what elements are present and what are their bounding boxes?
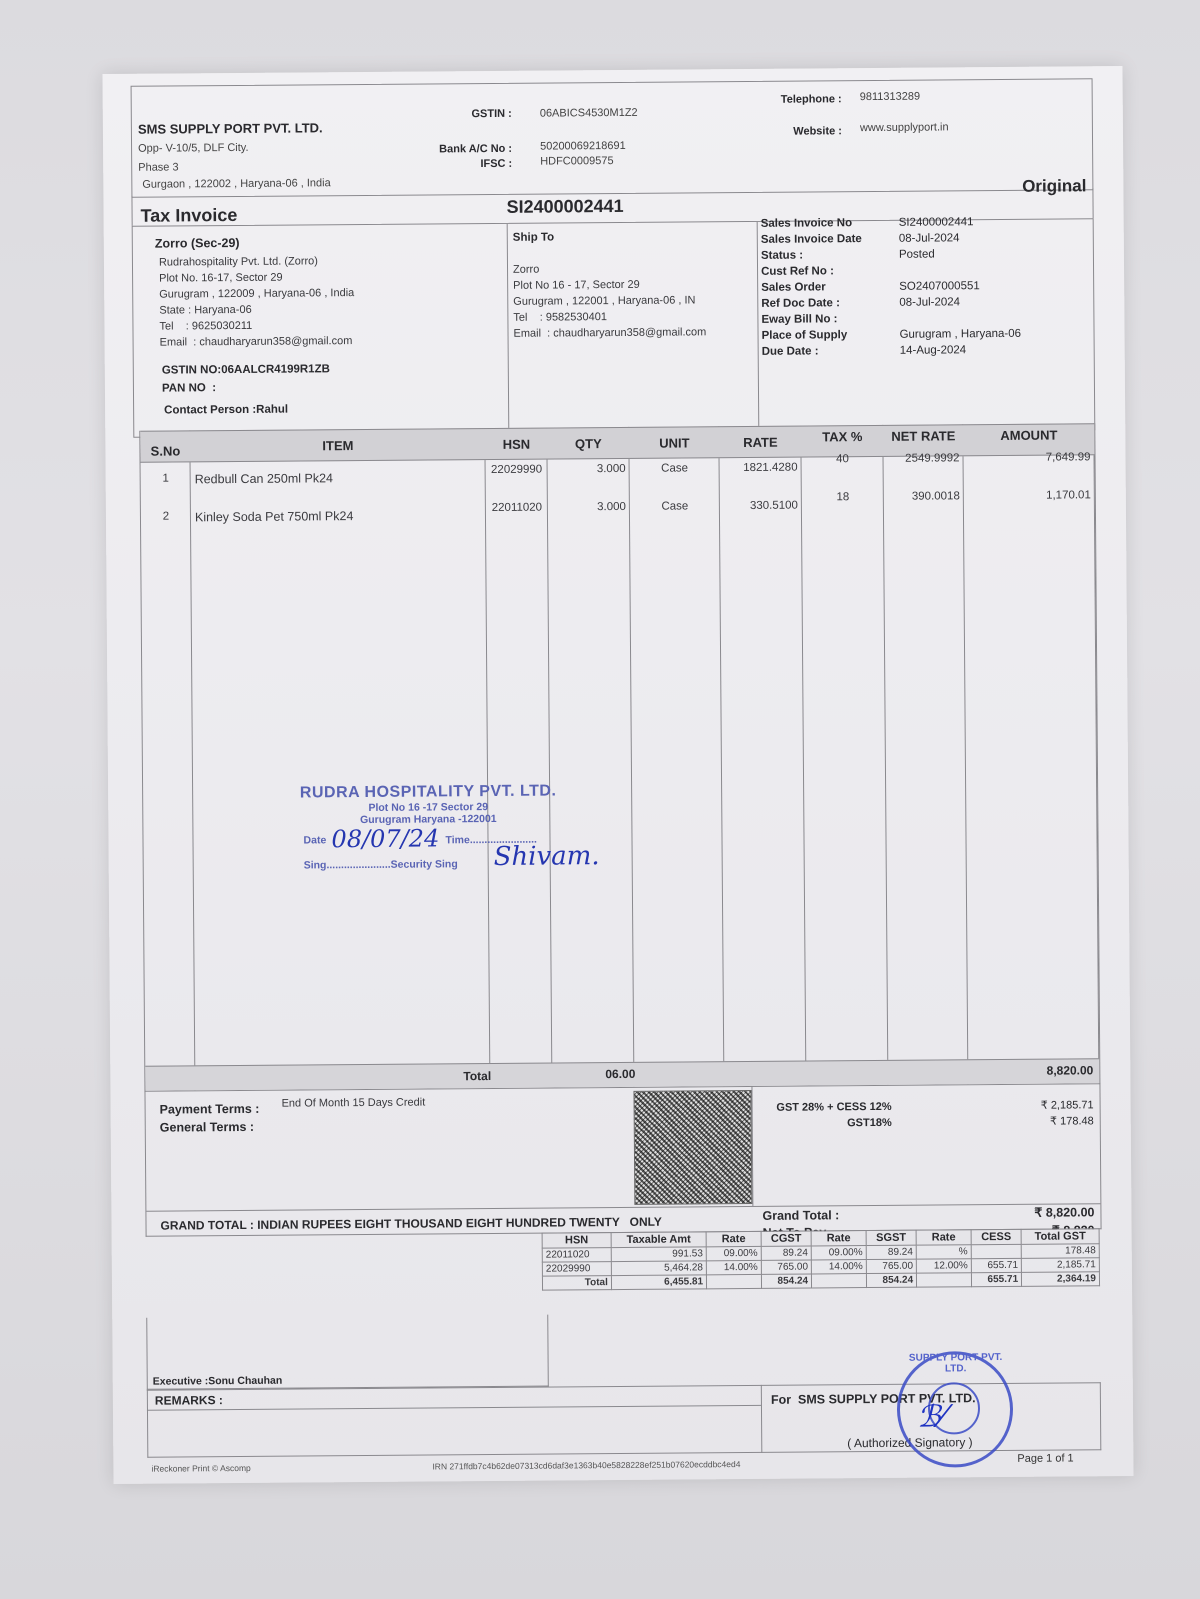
footer-section: Executive :Sonu Chauhan REMARKS : For SM… — [146, 1310, 1101, 1437]
buyer-gstin: GSTIN NO:06AALCR4199R1ZB — [162, 363, 330, 376]
bill-to: Zorro (Sec-29) Rudrahospitality Pvt. Ltd… — [133, 224, 510, 437]
software-credit: iReckoner Print © Ascomp — [151, 1463, 250, 1474]
invoice-meta: Sales Invoice NoSI2400002441Sales Invoic… — [757, 219, 1095, 432]
tax-summary-column-header: HSN — [542, 1233, 611, 1249]
invoice-number: SI2400002441 — [506, 196, 623, 218]
column-header: ITEM — [190, 437, 485, 454]
tax-summary-column-header: Rate — [706, 1231, 761, 1246]
gst-breakup-label: GST18% — [762, 1115, 892, 1132]
tax-summary-cell: 2,185.71 — [1021, 1258, 1099, 1273]
tax-summary-column-header: Taxable Amt — [611, 1232, 706, 1248]
receiver-company: RUDRA HOSPITALITY PVT. LTD. — [293, 782, 563, 802]
tax-summary-total-cell — [707, 1274, 762, 1288]
cell-amount: 7,649.99 — [967, 451, 1090, 464]
qr-code — [633, 1090, 752, 1205]
meta-label: Place of Supply — [761, 327, 899, 344]
ship-to-line: Gurugram , 122001 , Haryana-06 , IN — [513, 292, 706, 310]
meta-label: Due Date : — [762, 343, 900, 360]
column-header: AMOUNT — [963, 427, 1094, 443]
col-hsn — [485, 428, 552, 1088]
ship-to-line: Tel : 9582530401 — [513, 308, 706, 326]
ship-to-line: Plot No 16 - 17, Sector 29 — [513, 276, 706, 294]
tax-summary-total-cell: 6,455.81 — [611, 1275, 706, 1290]
buyer-line: State : Haryana-06 — [159, 301, 354, 319]
meta-value: SO2407000551 — [899, 278, 980, 295]
total-qty: 06.00 — [605, 1067, 635, 1081]
column-header: NET RATE — [883, 428, 963, 444]
copy-label: Original — [1022, 176, 1086, 197]
divider — [146, 1203, 1100, 1211]
buyer-email: Email : chaudharyarun358@gmail.com — [160, 333, 355, 351]
stamp-sign-label: Sing......................Security Sing — [304, 858, 458, 871]
page-title: Tax Invoice — [141, 205, 238, 227]
cell-tax: 18 — [806, 491, 880, 504]
tax-summary-total-cell: 854.24 — [866, 1273, 916, 1287]
tax-summary-column-header: Rate — [916, 1230, 971, 1245]
receiver-stamp: RUDRA HOSPITALITY PVT. LTD. Plot No 16 -… — [293, 782, 563, 826]
contact-person: Contact Person :Rahul — [164, 404, 288, 417]
invoice-meta-list: Sales Invoice NoSI2400002441Sales Invoic… — [761, 213, 1092, 360]
tax-summary-total-cell: 655.71 — [971, 1272, 1021, 1286]
total-label: Total — [463, 1069, 491, 1083]
buyer-pan: PAN NO : — [162, 382, 216, 394]
cell-net-rate: 390.0018 — [888, 490, 960, 503]
buyer-line: Plot No. 16-17, Sector 29 — [159, 269, 354, 287]
tax-summary-cell: 89.24 — [761, 1246, 811, 1260]
tax-summary-cell: 14.00% — [811, 1260, 866, 1274]
tax-summary-cell: 09.00% — [706, 1246, 761, 1260]
meta-value: SI2400002441 — [899, 214, 974, 231]
tax-summary-table: HSNTaxable AmtRateCGSTRateSGSTRateCESSTo… — [542, 1228, 1100, 1290]
column-header: UNIT — [629, 435, 719, 451]
meta-label: Ref Doc Date : — [761, 295, 899, 312]
col-tax — [801, 425, 888, 1086]
column-header: QTY — [547, 436, 629, 452]
divider — [751, 1086, 753, 1206]
tax-summary-column-header: Total GST — [1021, 1229, 1099, 1245]
tax-summary-cell: 89.24 — [866, 1245, 916, 1259]
buyer-line: Tel : 9625030211 — [159, 317, 354, 335]
meta-label: Sales Invoice No — [761, 215, 899, 232]
gst-breakup-values: ₹ 2,185.71 ₹ 178.48 — [1041, 1097, 1094, 1129]
col-qty — [547, 427, 634, 1088]
tax-summary-cell: 655.71 — [971, 1258, 1021, 1272]
cell-hsn: 22029990 — [490, 464, 544, 476]
buyer-name: Zorro (Sec-29) — [155, 236, 240, 251]
col-unit — [629, 426, 724, 1087]
seal-text: SUPPLY PORT PVT. LTD. — [906, 1352, 1006, 1375]
cell-sno: 1 — [145, 472, 187, 484]
col-item — [190, 428, 490, 1090]
tax-summary-cell: 14.00% — [706, 1260, 761, 1274]
cell-hsn: 22011020 — [490, 502, 544, 514]
gst-breakup-label: GST 28% + CESS 12% — [762, 1099, 892, 1116]
gst-breakup-value: ₹ 2,185.71 — [1041, 1097, 1094, 1113]
ifsc-label: IFSC : — [422, 158, 512, 171]
company-seal: SUPPLY PORT PVT. LTD. — [897, 1351, 1014, 1468]
meta-value: 14-Aug-2024 — [900, 342, 967, 359]
tax-summary-total-cell — [812, 1274, 867, 1288]
tax-summary-cell: 765.00 — [866, 1259, 916, 1273]
seller-address-line: Opp- V-10/5, DLF City. — [138, 142, 249, 155]
bank-label: Bank A/C No : — [422, 143, 512, 156]
col-amount — [963, 423, 1099, 1084]
col-netrate — [883, 424, 968, 1085]
col-sno — [140, 430, 195, 1090]
tax-summary-cell: 22011020 — [542, 1248, 611, 1263]
items-table: S.NoITEMHSNQTYUNITRATETAX %NET RATEAMOUN… — [139, 423, 1100, 1091]
meta-label: Sales Order — [761, 279, 899, 296]
gstin-label: GSTIN : — [422, 108, 512, 121]
website-label: Website : — [752, 125, 842, 138]
invoice-paper: SMS SUPPLY PORT PVT. LTD. Opp- V-10/5, D… — [102, 66, 1133, 1484]
tax-summary-total-cell: 2,364.19 — [1022, 1272, 1100, 1287]
cell-qty: 3.000 — [552, 463, 626, 476]
buyer-line: Rudrahospitality Pvt. Ltd. (Zorro) — [159, 253, 354, 271]
tax-summary-total-cell: Total — [542, 1276, 611, 1291]
meta-value: 08-Jul-2024 — [899, 230, 960, 246]
cell-unit: Case — [634, 462, 716, 475]
ship-to-email: Email : chaudharyarun358@gmail.com — [513, 324, 706, 342]
cell-unit: Case — [634, 500, 716, 513]
payment-terms-label: Payment Terms : — [160, 1102, 260, 1117]
executive-name: Executive :Sonu Chauhan — [153, 1375, 283, 1388]
tax-summary-cell: 22029990 — [542, 1262, 611, 1277]
tax-summary-column-header: SGST — [866, 1230, 916, 1245]
tax-summary-cell: 991.53 — [611, 1247, 706, 1262]
tax-summary-column-header: CGST — [761, 1231, 811, 1246]
cell-item: Kinley Soda Pet 750ml Pk24 — [195, 508, 482, 524]
grand-total-value: ₹ 8,820.00 — [1034, 1204, 1094, 1219]
meta-label: Cust Ref No : — [761, 263, 899, 280]
tax-summary-total-cell: 854.24 — [761, 1274, 811, 1288]
tax-summary-column-header: CESS — [971, 1229, 1021, 1244]
page-indicator: Page 1 of 1 — [1017, 1452, 1073, 1464]
tax-summary-cell: 178.48 — [1021, 1244, 1099, 1259]
tax-summary-cell: 09.00% — [811, 1246, 866, 1260]
tax-summary-cell — [971, 1244, 1021, 1258]
stamp-date-label: Date — [303, 834, 326, 846]
invoice-document: SMS SUPPLY PORT PVT. LTD. Opp- V-10/5, D… — [131, 78, 1091, 86]
seller-signature: ℬ⁄ — [917, 1399, 946, 1434]
general-terms-label: General Terms : — [160, 1120, 254, 1135]
cell-item: Redbull Can 250ml Pk24 — [195, 470, 482, 486]
column-header: S.No — [140, 443, 190, 458]
ship-to-line: Zorro — [513, 260, 706, 278]
meta-label: Eway Bill No : — [761, 311, 899, 328]
gst-breakup-value: ₹ 178.48 — [1041, 1113, 1094, 1129]
cell-net-rate: 2549.9992 — [887, 452, 959, 465]
tax-summary-cell: 12.00% — [916, 1259, 971, 1273]
total-amount: 8,820.00 — [1047, 1063, 1094, 1077]
tax-summary-cell: 5,464.28 — [611, 1261, 706, 1276]
ship-to: Ship To Zorro Plot No 16 - 17, Sector 29… — [507, 222, 760, 434]
seller-address-line: Gurgaon , 122002 , Haryana-06 , India — [142, 177, 330, 190]
terms-section: Payment Terms : End Of Month 15 Days Cre… — [144, 1083, 1101, 1237]
meta-value: 08-Jul-2024 — [899, 294, 960, 310]
tax-summary-total-cell — [917, 1273, 972, 1287]
cell-qty: 3.000 — [552, 501, 626, 514]
handwritten-signature: Shivam. — [494, 841, 600, 872]
meta-value: Posted — [899, 246, 935, 262]
cell-rate: 330.5100 — [724, 500, 798, 513]
cell-amount: 1,170.01 — [968, 489, 1091, 502]
seller-bank-ac: 50200069218691 — [540, 140, 626, 153]
tax-summary-cell: 765.00 — [761, 1260, 811, 1274]
tax-summary-column-header: Rate — [811, 1231, 866, 1246]
party-details: Zorro (Sec-29) Rudrahospitality Pvt. Ltd… — [132, 218, 1096, 438]
seller-ifsc: HDFC0009575 — [540, 155, 613, 168]
seller-header: SMS SUPPLY PORT PVT. LTD. Opp- V-10/5, D… — [131, 78, 1094, 198]
seller-name: SMS SUPPLY PORT PVT. LTD. — [138, 120, 323, 136]
meta-label: Status : — [761, 247, 899, 264]
cell-tax: 40 — [805, 453, 879, 466]
amount-in-words: GRAND TOTAL : INDIAN RUPEES EIGHT THOUSA… — [160, 1215, 661, 1233]
seller-telephone: 9811313289 — [860, 91, 920, 103]
seller-address-line: Phase 3 — [138, 161, 178, 173]
grand-total-label: Grand Total : — [762, 1208, 839, 1223]
handwritten-date: 08/07/24 — [331, 824, 439, 853]
seller-gstin: 06ABICS4530M1Z2 — [540, 107, 638, 120]
cell-sno: 2 — [145, 510, 187, 522]
seller-website[interactable]: www.supplyport.in — [860, 121, 949, 134]
col-rate — [719, 426, 806, 1087]
ship-to-label: Ship To — [513, 231, 554, 243]
irn-number: IRN 271ffdb7c4b62de07313cd6daf3e1363b40e… — [432, 1459, 740, 1471]
tax-summary-total-row: Total6,455.81854.24854.24655.712,364.19 — [542, 1272, 1099, 1290]
meta-value: Gurugram , Haryana-06 — [899, 326, 1021, 343]
tax-summary-cell: % — [916, 1245, 971, 1259]
column-header: HSN — [485, 437, 547, 452]
invoice-meta-row: Due Date :14-Aug-2024 — [762, 341, 1092, 360]
column-header: RATE — [719, 435, 801, 451]
meta-label: Sales Invoice Date — [761, 231, 899, 248]
buyer-line: Gurugram , 122009 , Haryana-06 , India — [159, 285, 354, 303]
gst-breakup-labels: GST 28% + CESS 12% GST18% — [762, 1099, 892, 1132]
payment-terms-value: End Of Month 15 Days Credit — [282, 1097, 426, 1110]
cell-rate: 1821.4280 — [724, 462, 798, 475]
telephone-label: Telephone : — [752, 93, 842, 106]
column-header: TAX % — [801, 429, 883, 445]
